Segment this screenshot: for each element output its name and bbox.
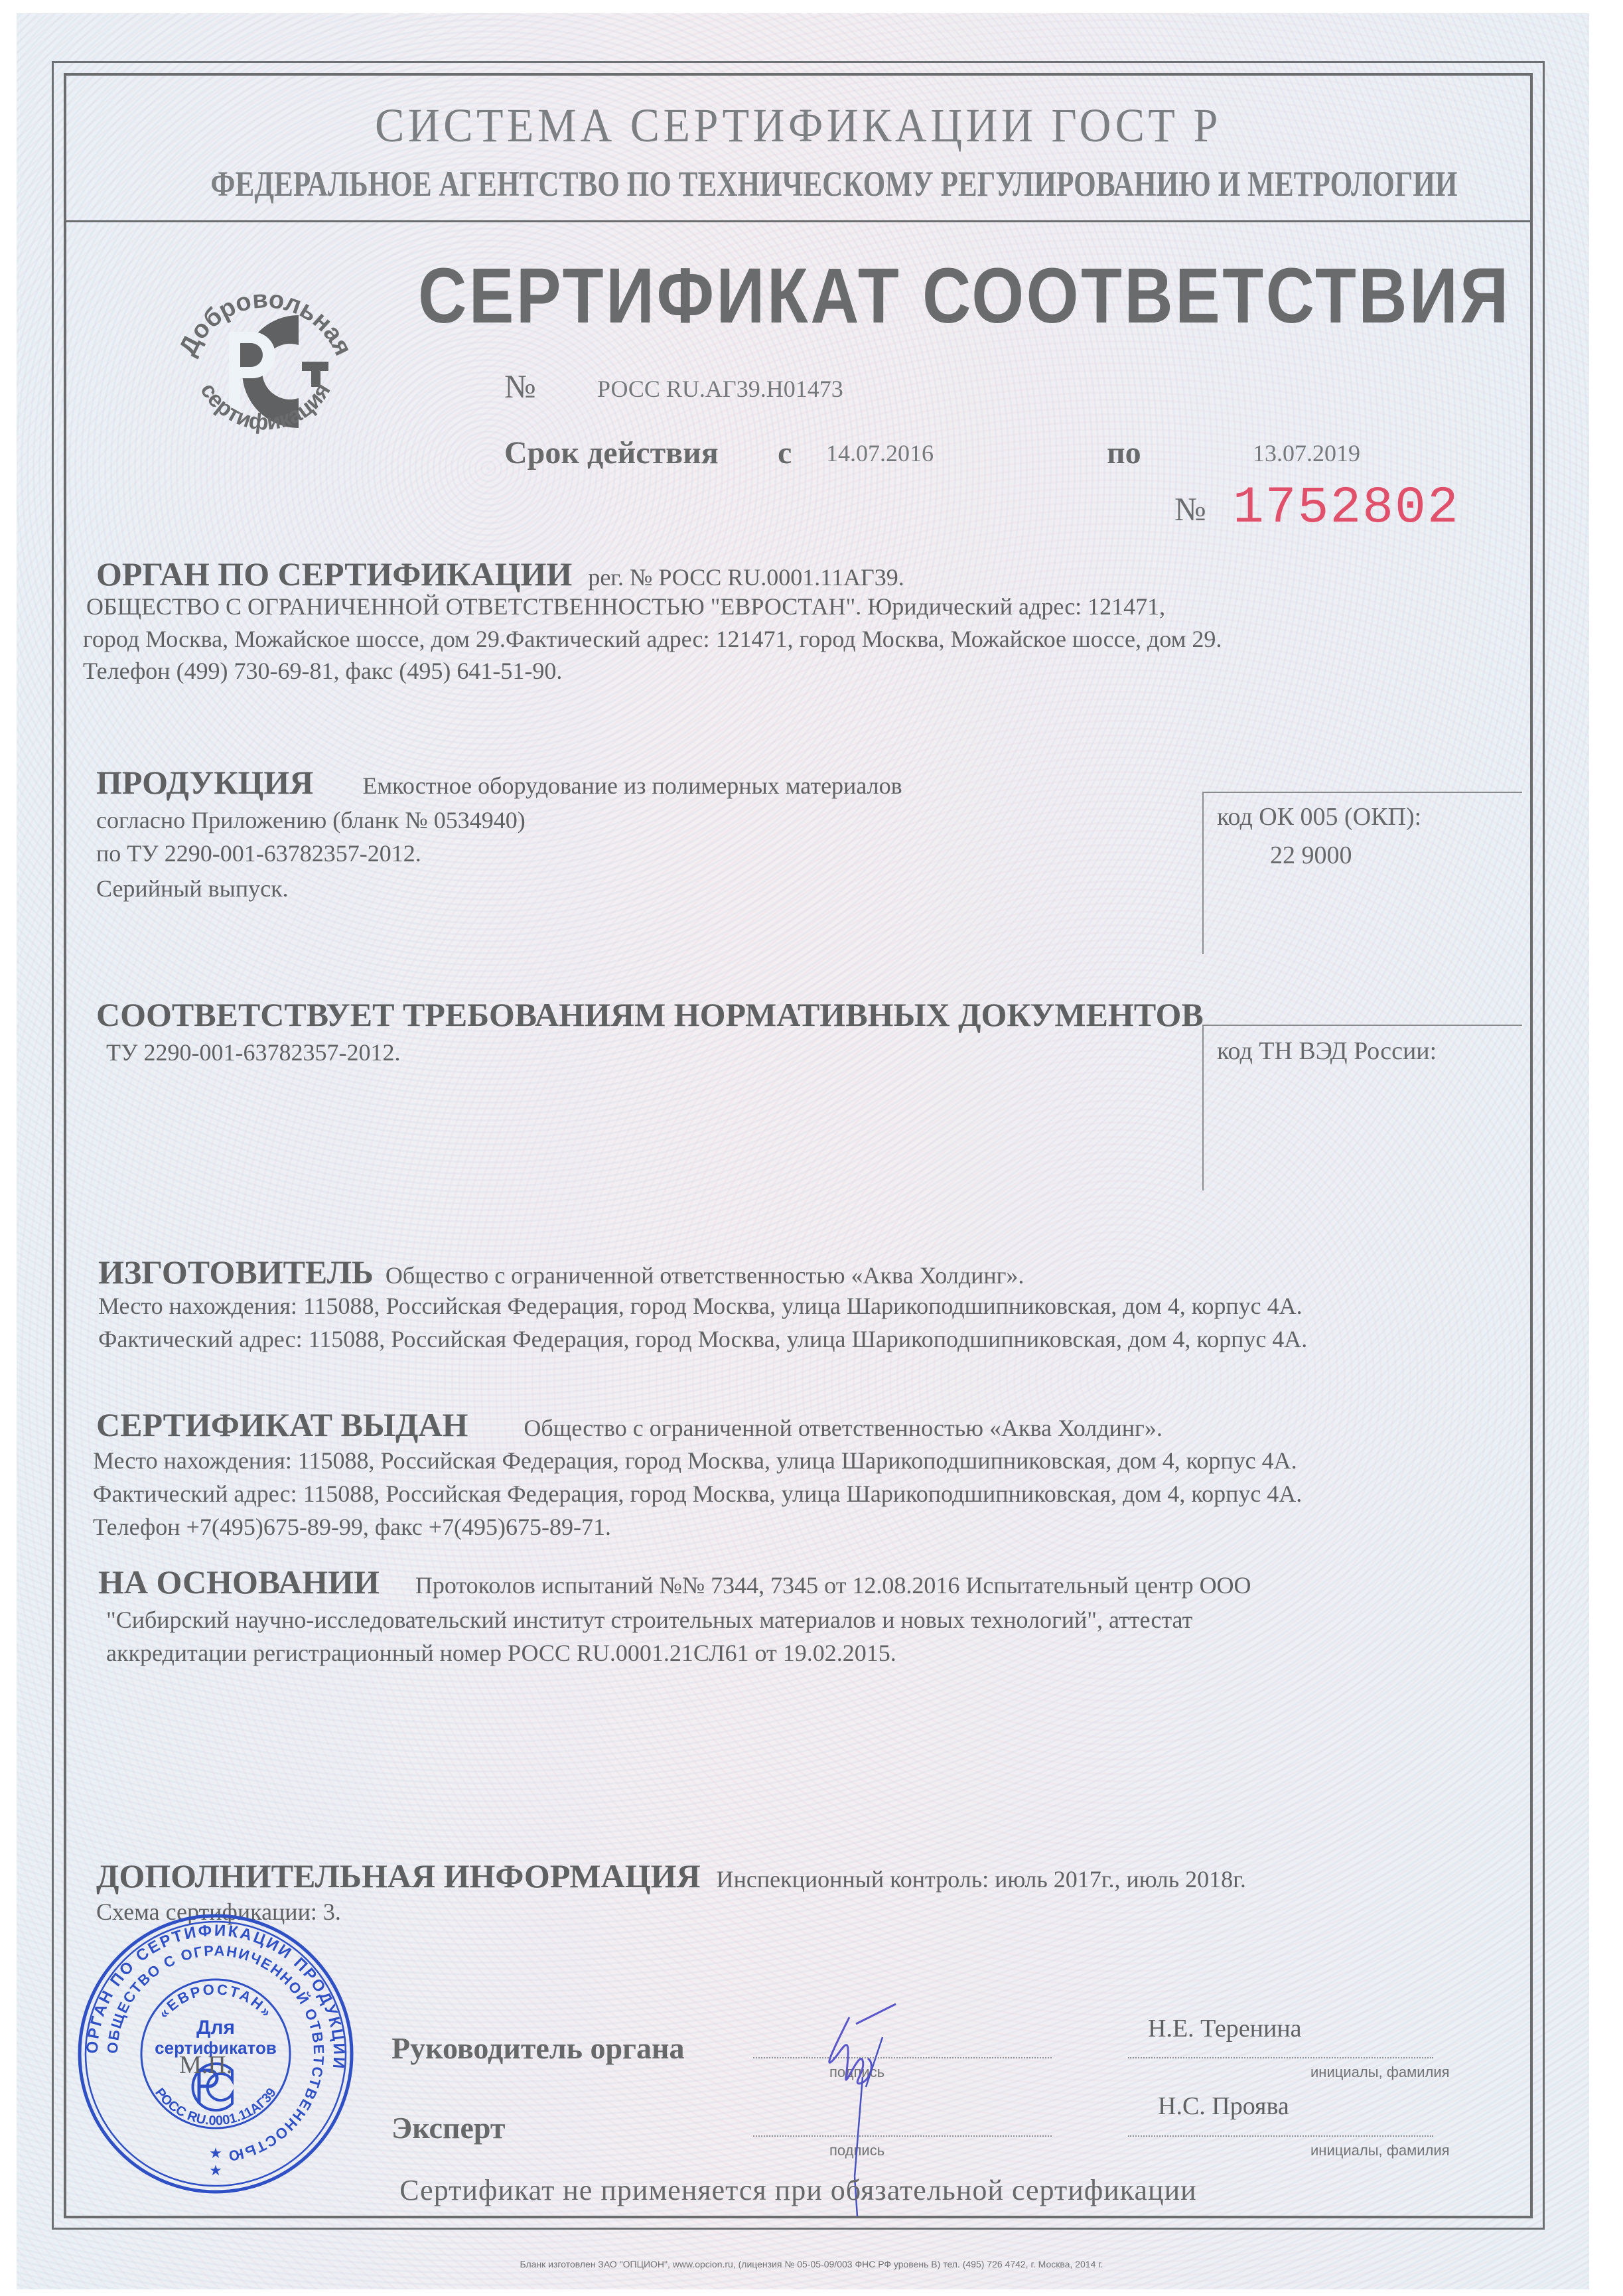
head-name-caption: инициалы, фамилия xyxy=(1310,2064,1450,2081)
tnved-code-box: код ТН ВЭД России: xyxy=(1202,1025,1522,1190)
expert-name-line xyxy=(1128,2135,1433,2137)
issued-to-line: Фактический адрес: 115088, Российская Фе… xyxy=(93,1480,1302,1508)
svg-text:«ЕВРОСТАН»: «ЕВРОСТАН» xyxy=(155,1981,276,2021)
certification-body-section: ОРГАН ПО СЕРТИФИКАЦИИ рег. № РОСС RU.000… xyxy=(96,555,904,593)
basis-first-line: Протоколов испытаний №№ 7344, 7345 от 12… xyxy=(415,1572,1251,1599)
validity-label: Срок действия xyxy=(504,435,719,471)
valid-to: 13.07.2019 xyxy=(1253,439,1360,467)
issued-to-section: СЕРТИФИКАТ ВЫДАН Общество с ограниченной… xyxy=(96,1405,1163,1444)
issued-to-line: Место нахождения: 115088, Российская Фед… xyxy=(93,1447,1297,1474)
expert-name-caption: инициалы, фамилия xyxy=(1310,2142,1450,2159)
product-section: ПРОДУКЦИЯ Емкостное оборудование из поли… xyxy=(96,763,902,802)
issued-to-line: Телефон +7(495)675-89-99, факс +7(495)67… xyxy=(93,1513,611,1541)
stamp-place-label: М.П. xyxy=(179,2050,232,2080)
okp-label: код ОК 005 (ОКП): xyxy=(1217,802,1421,831)
certification-body-reg: рег. № РОСС RU.0001.11АГ39. xyxy=(588,564,904,591)
issued-to-name: Общество с ограниченной ответственностью… xyxy=(524,1415,1162,1441)
head-name-line xyxy=(1128,2057,1433,2058)
additional-section: ДОПОЛНИТЕЛЬНАЯ ИНФОРМАЦИЯ Инспекционный … xyxy=(96,1857,1246,1895)
from-label: с xyxy=(778,435,792,471)
header-divider xyxy=(64,220,1533,222)
manufacturer-name: Общество с ограниченной ответственностью… xyxy=(386,1262,1024,1289)
voluntary-note: Сертификат не применяется при обязательн… xyxy=(64,2173,1533,2207)
additional-heading: ДОПОЛНИТЕЛЬНАЯ ИНФОРМАЦИЯ xyxy=(96,1857,701,1895)
product-heading: ПРОДУКЦИЯ xyxy=(96,764,313,801)
expert-name: Н.С. Проява xyxy=(1158,2092,1289,2121)
issued-to-heading: СЕРТИФИКАТ ВЫДАН xyxy=(96,1406,468,1443)
svg-text:РОСС RU.0001.11АГ39: РОСС RU.0001.11АГ39 xyxy=(152,2086,279,2129)
valid-from: 14.07.2016 xyxy=(826,439,934,467)
product-name: Емкостное оборудование из полимерных мат… xyxy=(362,772,902,799)
number-sign: № xyxy=(504,367,536,405)
manufacturer-line: Фактический адрес: 115088, Российская Фе… xyxy=(98,1325,1307,1353)
to-label: по xyxy=(1107,435,1141,471)
manufacturer-heading: ИЗГОТОВИТЕЛЬ xyxy=(98,1254,374,1291)
basis-line: "Сибирский научно-исследовательский инст… xyxy=(106,1606,1192,1634)
printer-note: Бланк изготовлен ЗАО "ОПЦИОН", www.opcio… xyxy=(0,2259,1623,2269)
additional-first-line: Инспекционный контроль: июль 2017г., июл… xyxy=(717,1866,1246,1893)
expert-label: Эксперт xyxy=(391,2110,505,2145)
basis-line: аккредитации регистрационный номер РОСС … xyxy=(106,1639,896,1667)
system-title: СИСТЕМА СЕРТИФИКАЦИИ ГОСТ Р xyxy=(123,98,1474,153)
manufacturer-line: Место нахождения: 115088, Российская Фед… xyxy=(98,1292,1303,1320)
certification-body-line: город Москва, Можайское шоссе, дом 29.Фа… xyxy=(83,625,1222,653)
agency-title: ФЕДЕРАЛЬНОЕ АГЕНТСТВО ПО ТЕХНИЧЕСКОМУ РЕ… xyxy=(210,163,1385,204)
certificate-number: РОСС RU.АГ39.Н01473 xyxy=(597,375,843,403)
conformity-heading: СООТВЕТСТВУЕТ ТРЕБОВАНИЯМ НОРМАТИВНЫХ ДО… xyxy=(96,995,1204,1034)
certification-body-line: Телефон (499) 730-69-81, факс (495) 641-… xyxy=(83,657,562,685)
document-title: СЕРТИФИКАТ СООТВЕТСТВИЯ xyxy=(418,251,1511,341)
okp-value: 22 9000 xyxy=(1270,841,1352,870)
rst-logo-icon: Добровольная сертификация xyxy=(166,262,365,461)
head-name: Н.Е. Теренина xyxy=(1148,2014,1302,2043)
product-line: Серийный выпуск. xyxy=(96,875,289,902)
tnved-label: код ТН ВЭД России: xyxy=(1217,1037,1437,1066)
head-label: Руководитель органа xyxy=(391,2031,684,2066)
basis-section: НА ОСНОВАНИИ Протоколов испытаний №№ 734… xyxy=(98,1563,1251,1601)
svg-text:★: ★ xyxy=(209,2145,222,2161)
basis-heading: НА ОСНОВАНИИ xyxy=(98,1563,380,1601)
manufacturer-section: ИЗГОТОВИТЕЛЬ Общество с ограниченной отв… xyxy=(98,1253,1024,1291)
certification-body-line: ОБЩЕСТВО С ОГРАНИЧЕННОЙ ОТВЕТСТВЕННОСТЬЮ… xyxy=(86,593,1165,620)
certification-body-heading: ОРГАН ПО СЕРТИФИКАЦИИ xyxy=(96,555,572,593)
blank-number-sign: № xyxy=(1174,490,1206,528)
okp-code-box: код ОК 005 (ОКП): 22 9000 xyxy=(1202,792,1522,954)
svg-text:Для: Для xyxy=(196,2017,235,2039)
product-line: по ТУ 2290-001-63782357-2012. xyxy=(96,839,421,867)
blank-number: 1752802 xyxy=(1233,479,1460,538)
product-line: согласно Приложению (бланк № 0534940) xyxy=(96,806,526,834)
conformity-document: ТУ 2290-001-63782357-2012. xyxy=(106,1039,400,1066)
